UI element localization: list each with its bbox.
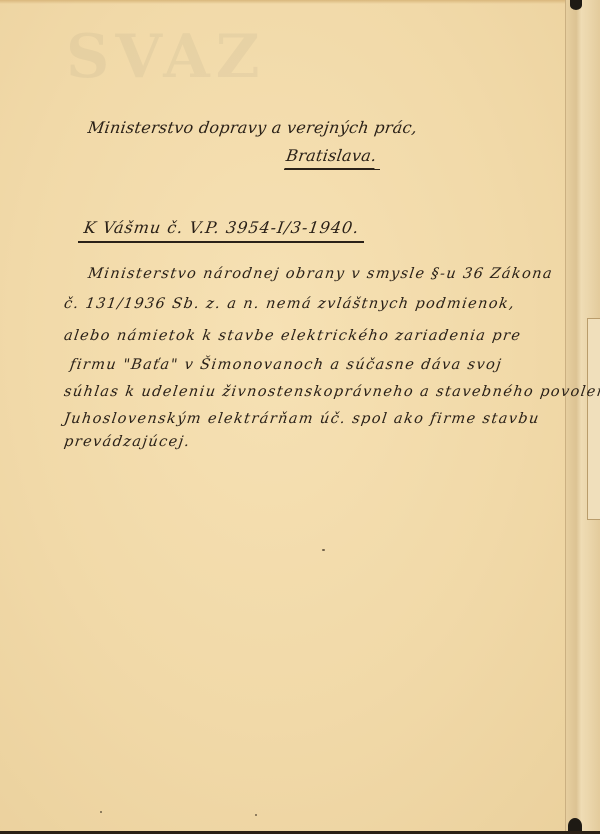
binding-fold <box>565 0 600 834</box>
body-line-6: Juhoslovenským elektrárňam úč. spol ako … <box>63 411 541 427</box>
body-line-3: alebo námietok k stavbe elektrického zar… <box>63 328 523 344</box>
body-line-5: súhlas k udeleniu živnostenskoprávneho a… <box>63 384 600 400</box>
faded-letterhead: SVAZ <box>66 22 266 92</box>
body-line-4: firmu "Baťa" v Šimonovanoch a súčasne dá… <box>69 357 503 373</box>
body-line-7: prevádzajúcej. <box>63 434 192 450</box>
document-page: SVAZ Ministerstvo dopravy a verejných pr… <box>0 0 600 834</box>
addressee-city: Bratislava. <box>284 146 378 169</box>
binding-clip-top <box>570 0 582 10</box>
ink-speck <box>255 814 257 816</box>
ink-speck <box>322 549 325 551</box>
inner-page-edge <box>587 318 600 520</box>
reference-number: K Vášmu č. V.P. 3954-I/3-1940. <box>83 218 361 237</box>
addressee-ministry: Ministerstvo dopravy a verejných prác, <box>87 118 419 137</box>
reference-underline <box>78 241 364 243</box>
ink-speck <box>100 811 102 813</box>
addressee-underline <box>284 169 380 170</box>
body-line-2: č. 131/1936 Sb. z. a n. nemá zvláštnych … <box>63 296 516 312</box>
page-top-edge <box>0 0 600 4</box>
body-line-1: Ministerstvo národnej obrany v smysle §-… <box>87 266 554 282</box>
